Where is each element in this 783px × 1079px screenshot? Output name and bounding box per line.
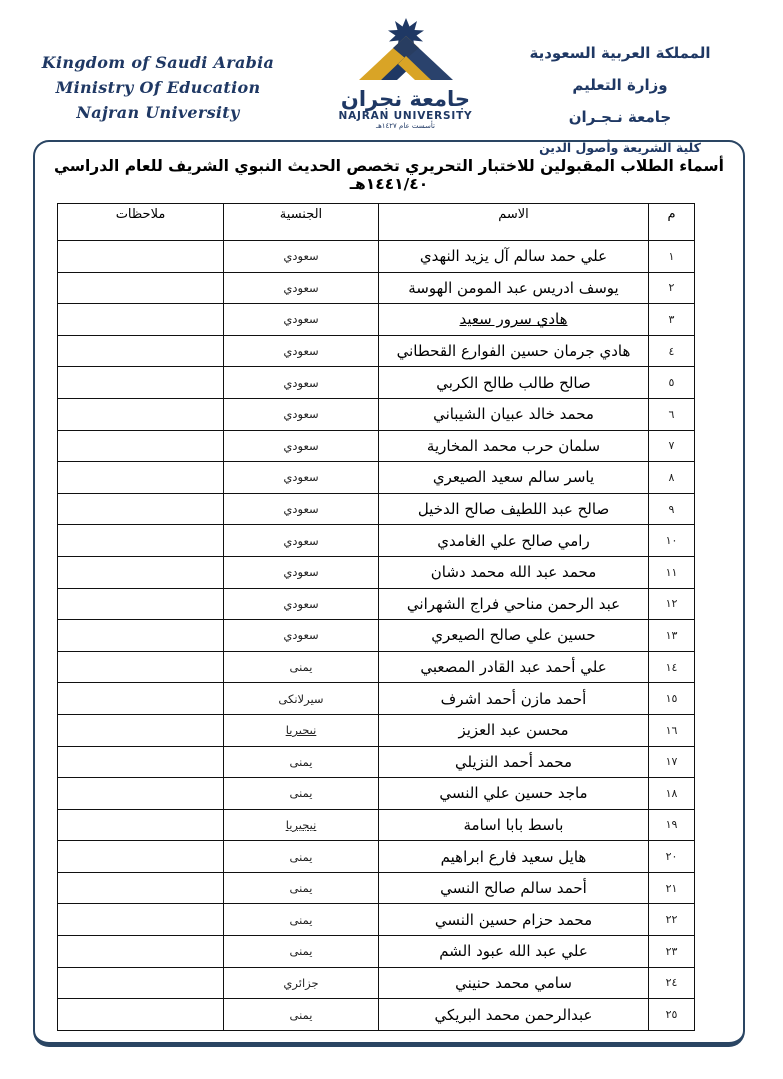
row-number: ٩ [649, 493, 695, 525]
student-notes [58, 683, 224, 715]
student-notes [58, 430, 224, 462]
row-number: ٢٠ [649, 841, 695, 873]
student-name: محمد خالد عبيان الشيباني [379, 398, 649, 430]
student-notes [58, 272, 224, 304]
row-number: ١٧ [649, 746, 695, 778]
student-nationality: سعودي [224, 398, 379, 430]
header-english-line-university: Najran University [38, 100, 278, 125]
student-name: علي عبد الله عبود الشم [379, 936, 649, 968]
student-nationality: سعودي [224, 241, 379, 273]
student-name: باسط بابا اسامة [379, 809, 649, 841]
document-page: Kingdom of Saudi Arabia Ministry Of Educ… [0, 0, 783, 1079]
table-row: ٧سلمان حرب محمد المخاريةسعودي [58, 430, 695, 462]
table-row: ٨ياسر سالم سعيد الصيعريسعودي [58, 462, 695, 494]
row-number: ٢١ [649, 872, 695, 904]
header-english-line-kingdom: Kingdom of Saudi Arabia [38, 50, 278, 75]
student-name: صالح عبد اللطيف صالح الدخيل [379, 493, 649, 525]
student-nationality: سعودي [224, 525, 379, 557]
student-nationality: يمنى [224, 778, 379, 810]
university-logo-icon [351, 18, 461, 84]
student-nationality: يمنى [224, 904, 379, 936]
table-row: ١٠رامي صالح علي الغامديسعودي [58, 525, 695, 557]
table-row: ٥صالح طالب طالح الكربيسعودي [58, 367, 695, 399]
table-row: ١٢عبد الرحمن مناحي فراج الشهرانيسعودي [58, 588, 695, 620]
row-number: ٤ [649, 335, 695, 367]
row-number: ١٦ [649, 714, 695, 746]
student-nationality: سعودي [224, 556, 379, 588]
row-number: ٢٥ [649, 999, 695, 1031]
student-nationality: سعودي [224, 430, 379, 462]
student-nationality: سعودي [224, 272, 379, 304]
student-nationality: سيرلانكى [224, 683, 379, 715]
table-row: ٣هادي سرور سعيدسعودي [58, 304, 695, 336]
table-row: ١٤علي أحمد عبد القادر المصعبييمنى [58, 651, 695, 683]
student-name: هايل سعيد فارع ابراهيم [379, 841, 649, 873]
student-notes [58, 462, 224, 494]
table-row: ٢٠هايل سعيد فارع ابراهيميمنى [58, 841, 695, 873]
student-nationality: نيجيريا [224, 809, 379, 841]
student-notes [58, 778, 224, 810]
student-name: حسين علي صالح الصيعري [379, 620, 649, 652]
student-nationality: سعودي [224, 493, 379, 525]
student-nationality: سعودي [224, 620, 379, 652]
student-nationality: سعودي [224, 588, 379, 620]
student-notes [58, 556, 224, 588]
table-row: ١١محمد عبد الله محمد دشانسعودي [58, 556, 695, 588]
row-number: ٢٤ [649, 967, 695, 999]
table-row: ٦محمد خالد عبيان الشيبانيسعودي [58, 398, 695, 430]
student-nationality: جزائري [224, 967, 379, 999]
row-number: ٨ [649, 462, 695, 494]
student-name: صالح طالب طالح الكربي [379, 367, 649, 399]
student-notes [58, 335, 224, 367]
table-row: ١٥أحمد مازن أحمد اشرفسيرلانكى [58, 683, 695, 715]
student-notes [58, 398, 224, 430]
table-row: ٢يوسف ادريس عبد المومن الهوسةسعودي [58, 272, 695, 304]
table-row: ١علي حمد سالم آل يزيد النهديسعودي [58, 241, 695, 273]
student-notes [58, 493, 224, 525]
student-notes [58, 999, 224, 1031]
student-notes [58, 304, 224, 336]
student-nationality: سعودي [224, 367, 379, 399]
student-notes [58, 967, 224, 999]
row-number: ١٤ [649, 651, 695, 683]
student-notes [58, 809, 224, 841]
student-notes [58, 841, 224, 873]
document-title: أسماء الطلاب المقبولين للاختبار التحريري… [45, 157, 733, 193]
student-nationality: يمنى [224, 872, 379, 904]
table-row: ١٣حسين علي صالح الصيعريسعودي [58, 620, 695, 652]
table-row: ٤هادي جرمان حسين الفوارع القحطانيسعودي [58, 335, 695, 367]
student-notes [58, 588, 224, 620]
table-row: ٢٣علي عبد الله عبود الشميمنى [58, 936, 695, 968]
row-number: ٢٢ [649, 904, 695, 936]
student-notes [58, 525, 224, 557]
table-row: ١٨ماجد حسين علي النسييمنى [58, 778, 695, 810]
student-name: يوسف ادريس عبد المومن الهوسة [379, 272, 649, 304]
logo-arabic-name: جامعة نجران [333, 88, 478, 110]
table-row: ٢٢محمد حزام حسين النسييمنى [58, 904, 695, 936]
student-notes [58, 367, 224, 399]
student-notes [58, 904, 224, 936]
student-name: هادي سرور سعيد [379, 304, 649, 336]
header-arabic-line-university: جامعة نـجـران [495, 108, 745, 126]
student-name: عبدالرحمن محمد البريكي [379, 999, 649, 1031]
table-row: ١٦محسن عبد العزيزنيجيريا [58, 714, 695, 746]
student-notes [58, 714, 224, 746]
table-row: ٢٥عبدالرحمن محمد البريكييمنى [58, 999, 695, 1031]
student-name: سلمان حرب محمد المخارية [379, 430, 649, 462]
table-row: ١٩باسط بابا اسامةنيجيريا [58, 809, 695, 841]
table-row: ٩صالح عبد اللطيف صالح الدخيلسعودي [58, 493, 695, 525]
student-name: أحمد مازن أحمد اشرف [379, 683, 649, 715]
table-header-row: م الاسم الجنسية ملاحظات [58, 204, 695, 241]
student-nationality: يمنى [224, 999, 379, 1031]
student-notes [58, 872, 224, 904]
najran-university-logo: جامعة نجران NAJRAN UNIVERSITY تأسست عام … [333, 18, 478, 131]
student-nationality: يمنى [224, 841, 379, 873]
student-nationality: يمنى [224, 936, 379, 968]
header-arabic: المملكة العربية السعودية وزارة التعليم ج… [495, 44, 745, 155]
student-nationality: سعودي [224, 335, 379, 367]
column-header-nationality: الجنسية [224, 204, 379, 241]
student-nationality: نيجيريا [224, 714, 379, 746]
header-english-line-ministry: Ministry Of Education [38, 75, 278, 100]
student-name: سامي محمد حنيني [379, 967, 649, 999]
logo-english-name: NAJRAN UNIVERSITY [333, 110, 478, 122]
student-name: ياسر سالم سعيد الصيعري [379, 462, 649, 494]
student-notes [58, 241, 224, 273]
student-nationality: يمنى [224, 746, 379, 778]
student-name: عبد الرحمن مناحي فراج الشهراني [379, 588, 649, 620]
student-name: علي حمد سالم آل يزيد النهدي [379, 241, 649, 273]
header-english: Kingdom of Saudi Arabia Ministry Of Educ… [38, 50, 278, 125]
row-number: ٥ [649, 367, 695, 399]
header-arabic-line-kingdom: المملكة العربية السعودية [495, 44, 745, 62]
student-nationality: يمنى [224, 651, 379, 683]
row-number: ٣ [649, 304, 695, 336]
row-number: ٦ [649, 398, 695, 430]
column-header-name: الاسم [379, 204, 649, 241]
logo-founded-line: تأسست عام ١٤٢٧هـ [333, 122, 478, 131]
students-table: م الاسم الجنسية ملاحظات ١علي حمد سالم آل… [57, 203, 695, 1031]
row-number: ١٠ [649, 525, 695, 557]
row-number: ١٣ [649, 620, 695, 652]
student-name: محمد عبد الله محمد دشان [379, 556, 649, 588]
row-number: ١٩ [649, 809, 695, 841]
table-row: ٢١أحمد سالم صالح النسييمنى [58, 872, 695, 904]
student-name: علي أحمد عبد القادر المصعبي [379, 651, 649, 683]
column-header-index: م [649, 204, 695, 241]
row-number: ١٨ [649, 778, 695, 810]
table-row: ١٧محمد أحمد النزيلييمنى [58, 746, 695, 778]
student-name: محسن عبد العزيز [379, 714, 649, 746]
row-number: ١٢ [649, 588, 695, 620]
header-arabic-line-ministry: وزارة التعليم [495, 76, 745, 94]
student-notes [58, 746, 224, 778]
row-number: ١٥ [649, 683, 695, 715]
student-nationality: سعودي [224, 304, 379, 336]
student-name: أحمد سالم صالح النسي [379, 872, 649, 904]
row-number: ١١ [649, 556, 695, 588]
row-number: ٧ [649, 430, 695, 462]
row-number: ١ [649, 241, 695, 273]
student-name: محمد أحمد النزيلي [379, 746, 649, 778]
student-nationality: سعودي [224, 462, 379, 494]
row-number: ٢ [649, 272, 695, 304]
student-notes [58, 620, 224, 652]
student-name: محمد حزام حسين النسي [379, 904, 649, 936]
student-name: رامي صالح علي الغامدي [379, 525, 649, 557]
student-notes [58, 651, 224, 683]
student-name: هادي جرمان حسين الفوارع القحطاني [379, 335, 649, 367]
row-number: ٢٣ [649, 936, 695, 968]
table-row: ٢٤سامي محمد حنينيجزائري [58, 967, 695, 999]
column-header-notes: ملاحظات [58, 204, 224, 241]
student-notes [58, 936, 224, 968]
student-name: ماجد حسين علي النسي [379, 778, 649, 810]
